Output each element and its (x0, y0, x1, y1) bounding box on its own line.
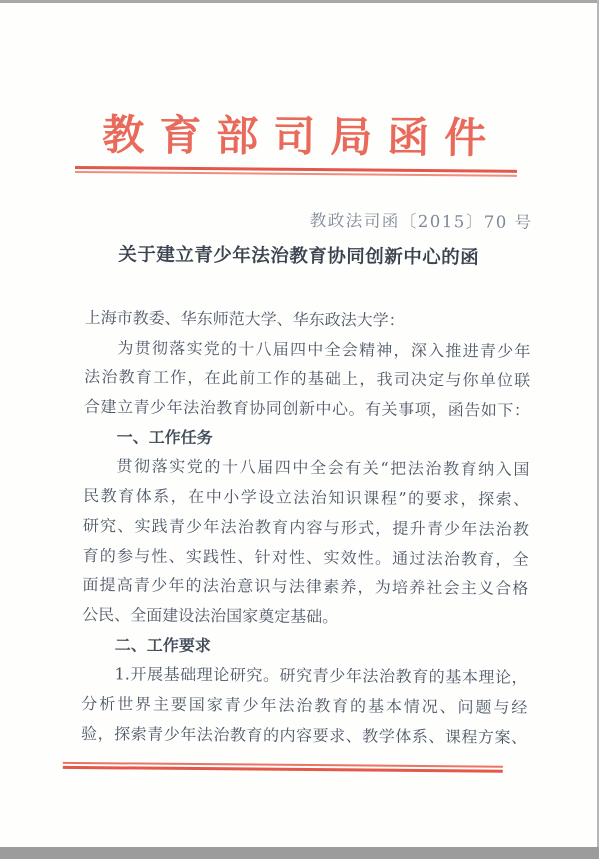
scan-edge-top (0, 0, 599, 3)
letterhead-title: 教育部司局函件 (102, 114, 501, 159)
body-line: 验，探索青少年法治教育的内容要求、教学体系、课程方案、 (81, 719, 527, 753)
body-line: 法治教育工作，在此前工作的基础上，我司决定与你单位联 (84, 362, 530, 396)
footer-rule (63, 762, 503, 773)
body-line: 民教育体系，在中小学设立法治知识课程”的要求，探索、 (83, 481, 529, 515)
letter-content: 教育部司局函件 教政法司函〔2015〕70 号 关于建立青少年法治教育协同创新中… (0, 0, 599, 859)
body-line: 研究、实践青少年法治教育内容与形式，提升青少年法治教 (83, 511, 529, 545)
letterhead-rule (75, 166, 517, 177)
body-line: 为贯彻落实党的十八届四中全会精神，深入推进青少年 (84, 333, 530, 367)
scan-edge-bottom (0, 847, 599, 859)
scanned-letter-page: 教育部司局函件 教政法司函〔2015〕70 号 关于建立青少年法治教育协同创新中… (0, 0, 599, 859)
section-heading: 二、工作要求 (82, 630, 528, 664)
body-line: 公民、全面建设法治国家奠定基础。 (82, 600, 528, 634)
body-line: 合建立青少年法治教育协同创新中心。有关事项，函告如下： (84, 392, 530, 426)
body-line: 1.开展基础理论研究。研究青少年法治教育的基本理论， (81, 659, 527, 693)
body-line: 面提高青少年的法治意识与法律素养，为培养社会主义合格 (82, 570, 528, 604)
document-number: 教政法司函〔2015〕70 号 (0, 204, 533, 233)
letter-title: 关于建立青少年法治教育协同创新中心的函 (0, 239, 598, 270)
body-line: 贯彻落实党的十八届四中全会有关“把法治教育纳入国 (83, 451, 529, 485)
letter-body: 上海市教委、华东师范大学、华东政法大学： 为贯彻落实党的十八届四中全会精神，深入… (81, 303, 531, 752)
section-heading: 一、工作任务 (84, 422, 530, 456)
body-line: 育的参与性、实践性、针对性、实效性。通过法治教育，全 (83, 541, 529, 575)
body-line: 上海市教委、华东师范大学、华东政法大学： (85, 303, 531, 337)
body-line: 分析世界主要国家青少年法治教育的基本情况、问题与经 (81, 689, 527, 723)
